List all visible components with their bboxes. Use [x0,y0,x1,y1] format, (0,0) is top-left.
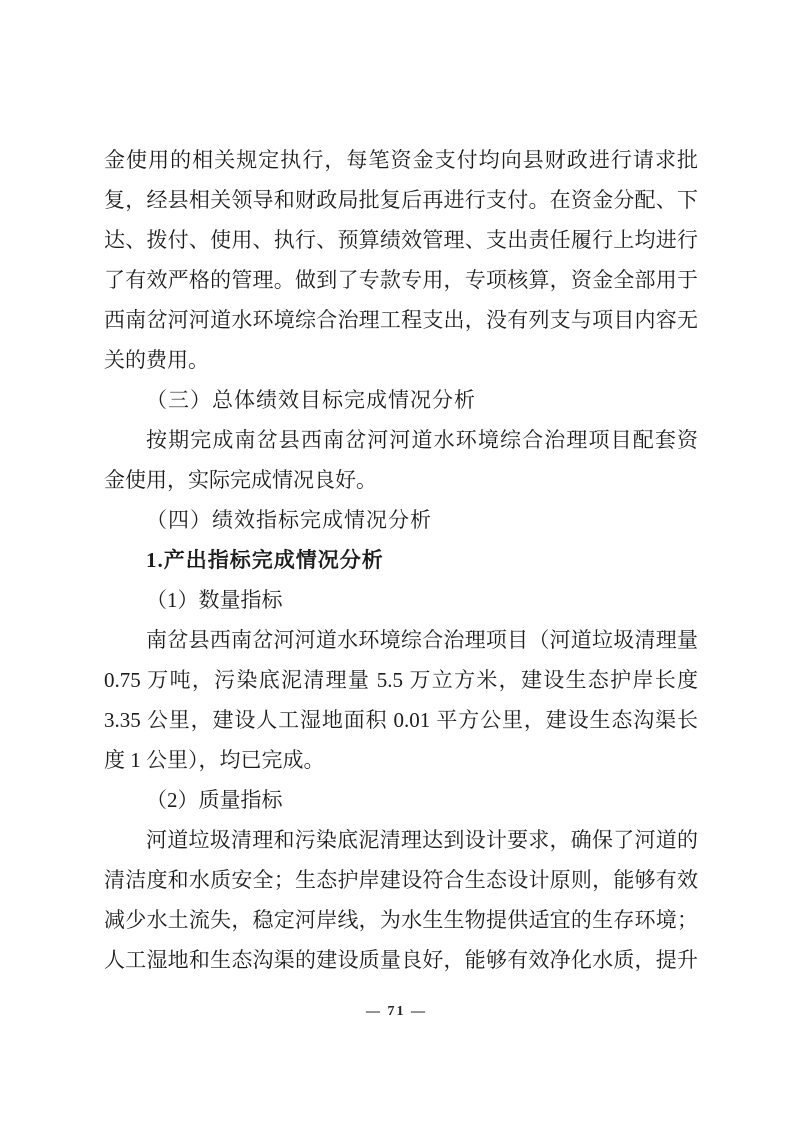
text-line: 河道垃圾清理和污染底泥清理达到设计要求，确保了河道的 [104,820,698,860]
heading-line: （2）质量指标 [104,780,698,820]
heading-line: 1.产出指标完成情况分析 [104,540,698,580]
sub-heading: （1）数量指标 [104,580,698,620]
document-page: 金使用的相关规定执行，每笔资金支付均向县财政进行请求批 复，经县相关领导和财政局… [0,0,793,1122]
heading-line: （1）数量指标 [104,580,698,620]
text-line: 关的费用。 [104,340,698,380]
text-line: 了有效严格的管理。做到了专款专用，专项核算，资金全部用于 [104,260,698,300]
text-line: 复，经县相关领导和财政局批复后再进行支付。在资金分配、下 [104,180,698,220]
paragraph: 金使用的相关规定执行，每笔资金支付均向县财政进行请求批 复，经县相关领导和财政局… [104,140,698,380]
text-line: 人工湿地和生态沟渠的建设质量良好，能够有效净化水质，提升 [104,940,698,980]
text-line: 西南岔河河道水环境综合治理工程支出，没有列支与项目内容无 [104,300,698,340]
text-line: 度 1 公里），均已完成。 [104,740,698,780]
text-line: 减少水土流失，稳定河岸线，为水生生物提供适宜的生存环境； [104,900,698,940]
text-line: 清洁度和水质安全；生态护岸建设符合生态设计原则，能够有效 [104,860,698,900]
text-line: 金使用的相关规定执行，每笔资金支付均向县财政进行请求批 [104,140,698,180]
text-line: 按期完成南岔县西南岔河河道水环境综合治理项目配套资 [104,420,698,460]
sub-heading: （2）质量指标 [104,780,698,820]
text-line: 达、拨付、使用、执行、预算绩效管理、支出责任履行上均进行 [104,220,698,260]
section-heading: （四）绩效指标完成情况分析 [104,500,698,540]
section-heading: （三）总体绩效目标完成情况分析 [104,380,698,420]
text-line: 南岔县西南岔河河道水环境综合治理项目（河道垃圾清理量 [104,620,698,660]
text-line: 金使用，实际完成情况良好。 [104,460,698,500]
page-footer: — 71 — [0,1000,793,1024]
paragraph: 南岔县西南岔河河道水环境综合治理项目（河道垃圾清理量 0.75 万吨，污染底泥清… [104,620,698,780]
heading-line: （三）总体绩效目标完成情况分析 [104,380,698,420]
page-number: — 71 — [366,1004,427,1019]
paragraph: 按期完成南岔县西南岔河河道水环境综合治理项目配套资 金使用，实际完成情况良好。 [104,420,698,500]
document-content: 金使用的相关规定执行，每笔资金支付均向县财政进行请求批 复，经县相关领导和财政局… [104,140,698,980]
numbered-heading: 1.产出指标完成情况分析 [104,540,698,580]
heading-line: （四）绩效指标完成情况分析 [104,500,698,540]
text-line: 3.35 公里，建设人工湿地面积 0.01 平方公里，建设生态沟渠长 [104,700,698,740]
paragraph: 河道垃圾清理和污染底泥清理达到设计要求，确保了河道的 清洁度和水质安全；生态护岸… [104,820,698,980]
text-line: 0.75 万吨，污染底泥清理量 5.5 万立方米，建设生态护岸长度 [104,660,698,700]
